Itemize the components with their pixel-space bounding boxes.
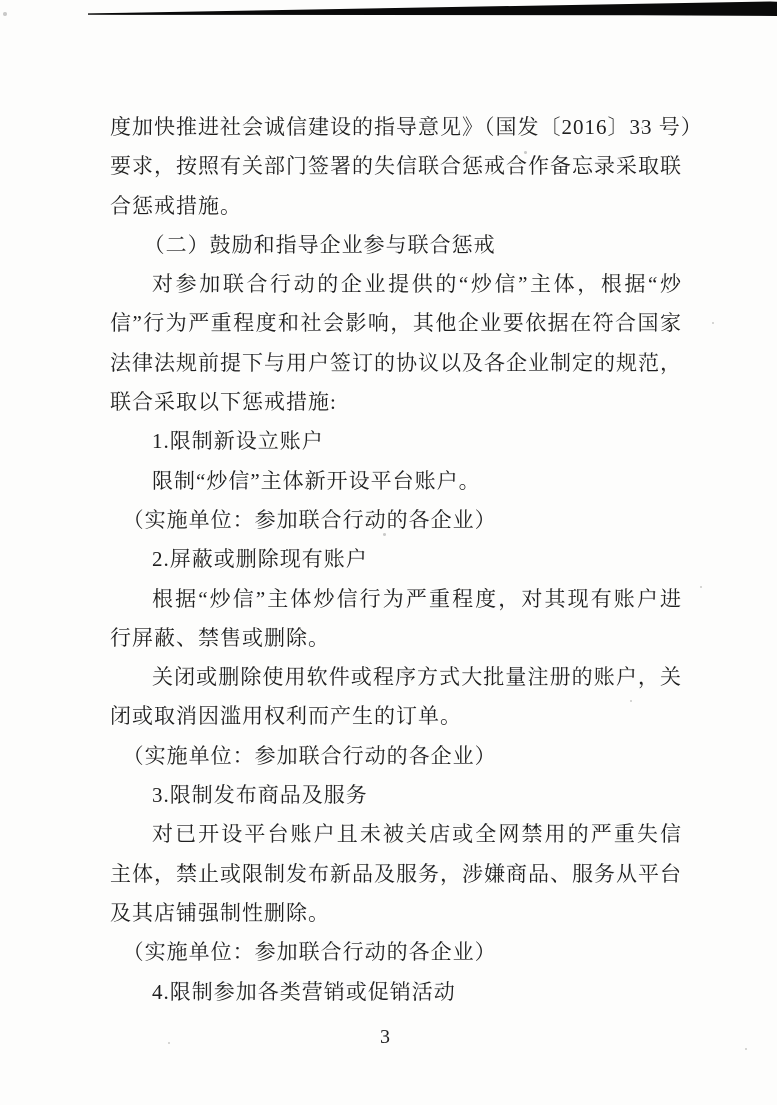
scanned-document-page: 度加快推进社会诚信建设的指导意见》（国发〔2016〕33 号）要求，按照有关部门…: [0, 0, 777, 1105]
scan-speck: [383, 533, 386, 536]
text-line: 联合采取以下惩戒措施:: [110, 383, 682, 422]
text-line: 限制“炒信”主体新开设平台账户。: [110, 462, 682, 501]
scan-speck: [641, 127, 643, 129]
document-body: 度加快推进社会诚信建设的指导意见》（国发〔2016〕33 号）要求，按照有关部门…: [110, 108, 682, 1012]
text-line: 对参加联合行动的企业提供的“炒信”主体，根据“炒: [110, 265, 682, 304]
text-line: 主体，禁止或限制发布新品及服务，涉嫌商品、服务从平台: [110, 855, 682, 894]
text-line: （实施单位：参加联合行动的各企业）: [110, 933, 682, 972]
scan-speck: [700, 586, 702, 588]
text-line: （二）鼓励和指导企业参与联合惩戒: [110, 226, 682, 265]
text-line: 合惩戒措施。: [110, 187, 682, 226]
scan-speck: [745, 1048, 747, 1050]
text-line: 3.限制发布商品及服务: [110, 776, 682, 815]
scan-speck: [712, 322, 714, 324]
text-line: 根据“炒信”主体炒信行为严重程度，对其现有账户进: [110, 580, 682, 619]
scan-speck: [208, 432, 211, 435]
text-line: （实施单位：参加联合行动的各企业）: [110, 737, 682, 776]
text-line: 度加快推进社会诚信建设的指导意见》（国发〔2016〕33 号）: [110, 108, 682, 147]
text-line: 行屏蔽、禁售或删除。: [110, 619, 682, 658]
text-line: 信”行为严重程度和社会影响，其他企业要依据在符合国家: [110, 304, 682, 343]
text-line: 1.限制新设立账户: [110, 422, 682, 461]
text-line: 法律法规前提下与用户签订的协议以及各企业制定的规范，: [110, 344, 682, 383]
text-line: 2.屏蔽或删除现有账户: [110, 540, 682, 579]
text-line: 对已开设平台账户且未被关店或全网禁用的严重失信: [110, 815, 682, 854]
scan-speck: [3, 12, 7, 16]
scan-speck: [524, 151, 527, 154]
text-line: 要求，按照有关部门签署的失信联合惩戒合作备忘录采取联: [110, 147, 682, 186]
scan-speck: [168, 1042, 170, 1044]
scan-speck: [630, 700, 632, 702]
text-line: 关闭或删除使用软件或程序方式大批量注册的账户，关: [110, 658, 682, 697]
text-line: （实施单位：参加联合行动的各企业）: [110, 501, 682, 540]
text-line: 4.限制参加各类营销或促销活动: [110, 973, 682, 1012]
scan-artifact-band: [0, 0, 777, 20]
text-line: 及其店铺强制性删除。: [110, 894, 682, 933]
text-line: 闭或取消因滥用权利而产生的订单。: [110, 697, 682, 736]
page-number: 3: [0, 1026, 770, 1049]
